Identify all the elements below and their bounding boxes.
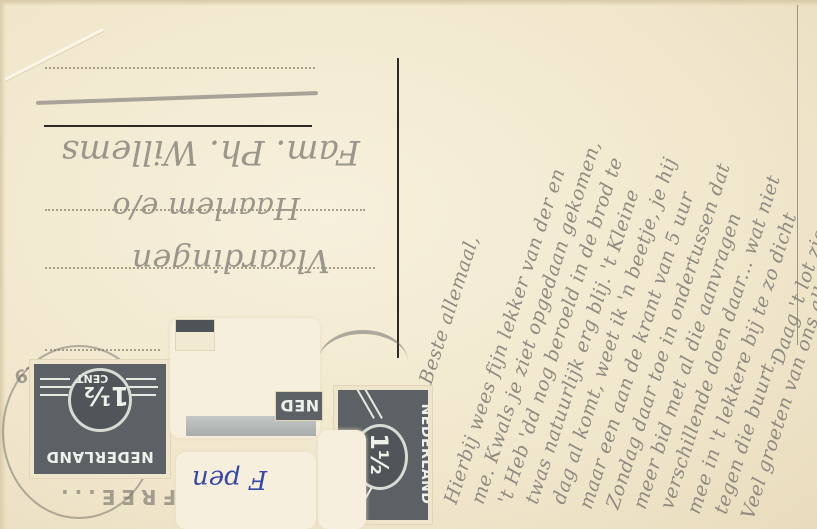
paper-crease: [4, 28, 103, 81]
address-line-2: Haarlem e/o: [112, 190, 300, 225]
address-line-3: Vlaardingen: [132, 242, 330, 280]
center-divider-line: [397, 58, 399, 358]
stamp-unit: CENT: [76, 372, 108, 385]
postcard-reverse: Fam. Ph. Willems Haarlem e/o Vlaardingen…: [0, 0, 817, 529]
stamp-remnant-text: NED: [280, 396, 319, 415]
stamp-remnant-top: [176, 320, 214, 350]
handwritten-message: Dinsdag 's avonds ... '41 Beste allemaal…: [400, 0, 795, 529]
stamp-country: NEDERLAND: [418, 394, 432, 514]
address-line-1: Fam. Ph. Willems: [61, 132, 360, 172]
handwritten-address: Fam. Ph. Willems Haarlem e/o Vlaardingen: [30, 90, 370, 290]
postage-stamp: 1½ CENT NEDERLAND: [30, 360, 170, 478]
address-dotted-line-1: [45, 67, 315, 69]
postmark-arc: [318, 330, 408, 394]
stamp-torn-area: [318, 430, 366, 529]
stamp-remnant: NED: [276, 392, 322, 420]
stamp-value: 1½: [365, 433, 393, 475]
blue-pencil-note: F pen: [192, 464, 267, 494]
message-salutation: Beste allemaal,: [415, 233, 484, 387]
stamp-country: NEDERLAND: [46, 448, 154, 466]
